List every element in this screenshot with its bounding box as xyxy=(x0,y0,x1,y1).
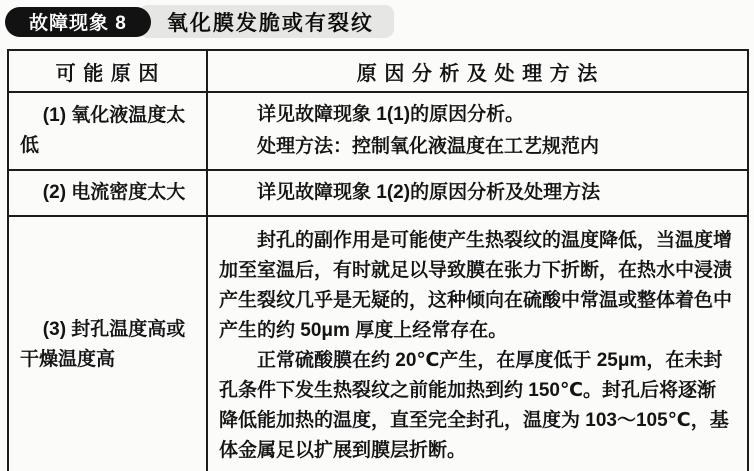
cause-cell-2: (2) 电流密度太大 xyxy=(8,170,207,216)
table-row-cause-3: (3) 封孔温度高或干燥温度高 封孔的副作用是可能使产生热裂纹的温度降低，当温度… xyxy=(8,216,748,471)
col-header-analysis-treatment: 原 因 分 析 及 处 理 方 法 xyxy=(207,50,748,92)
fault-number-badge: 故障现象 8 xyxy=(5,7,151,37)
cause-cell-1: (1) 氧化液温度太低 xyxy=(8,92,207,170)
fault-table: 可 能 原 因 原 因 分 析 及 处 理 方 法 (1) 氧化液温度太低 详见… xyxy=(7,49,749,471)
table-row-cause-1: (1) 氧化液温度太低 详见故障现象 1(1)的原因分析。 处理方法：控制氧化液… xyxy=(8,92,748,170)
scanned-manual-page: 故障现象 8 氧化膜发脆或有裂纹 可 能 原 因 原 因 分 析 及 处 理 方… xyxy=(0,0,754,471)
fault-title: 氧化膜发脆或有裂纹 xyxy=(139,5,394,38)
treatment-label: 处理方法： xyxy=(257,136,352,157)
treatment-line-1: 处理方法：控制氧化液温度在工艺规范内 xyxy=(219,131,733,163)
cause-text-3: (3) 封孔温度高或干燥温度高 xyxy=(20,315,200,375)
analysis-text-2: 详见故障现象 1(2)的原因分析及处理方法 xyxy=(219,177,733,209)
table-row-cause-2: (2) 电流密度太大 详见故障现象 1(2)的原因分析及处理方法 xyxy=(8,170,748,216)
analysis-paragraph-2: 正常硫酸膜在约 20℃产生，在厚度低于 25μm，在未封孔条件下发生热裂纹之前能… xyxy=(219,346,733,466)
col-header-possible-cause: 可 能 原 因 xyxy=(8,50,207,92)
cause-cell-3: (3) 封孔温度高或干燥温度高 xyxy=(8,216,207,471)
analysis-cell-1: 详见故障现象 1(1)的原因分析。 处理方法：控制氧化液温度在工艺规范内 xyxy=(207,92,748,170)
treatment-text: 控制氧化液温度在工艺规范内 xyxy=(352,136,599,157)
cause-text-1: (1) 氧化液温度太低 xyxy=(20,101,200,161)
table-header-row: 可 能 原 因 原 因 分 析 及 处 理 方 法 xyxy=(8,50,748,92)
section-header: 故障现象 8 氧化膜发脆或有裂纹 xyxy=(5,3,754,40)
analysis-text-1: 详见故障现象 1(1)的原因分析。 xyxy=(219,99,733,131)
cause-text-2: (2) 电流密度太大 xyxy=(20,178,200,208)
analysis-paragraph-1: 封孔的副作用是可能使产生热裂纹的温度降低，当温度增加至室温后，有时就足以导致膜在… xyxy=(219,226,733,346)
analysis-cell-2: 详见故障现象 1(2)的原因分析及处理方法 xyxy=(207,170,748,216)
analysis-cell-3: 封孔的副作用是可能使产生热裂纹的温度降低，当温度增加至室温后，有时就足以导致膜在… xyxy=(207,216,748,471)
